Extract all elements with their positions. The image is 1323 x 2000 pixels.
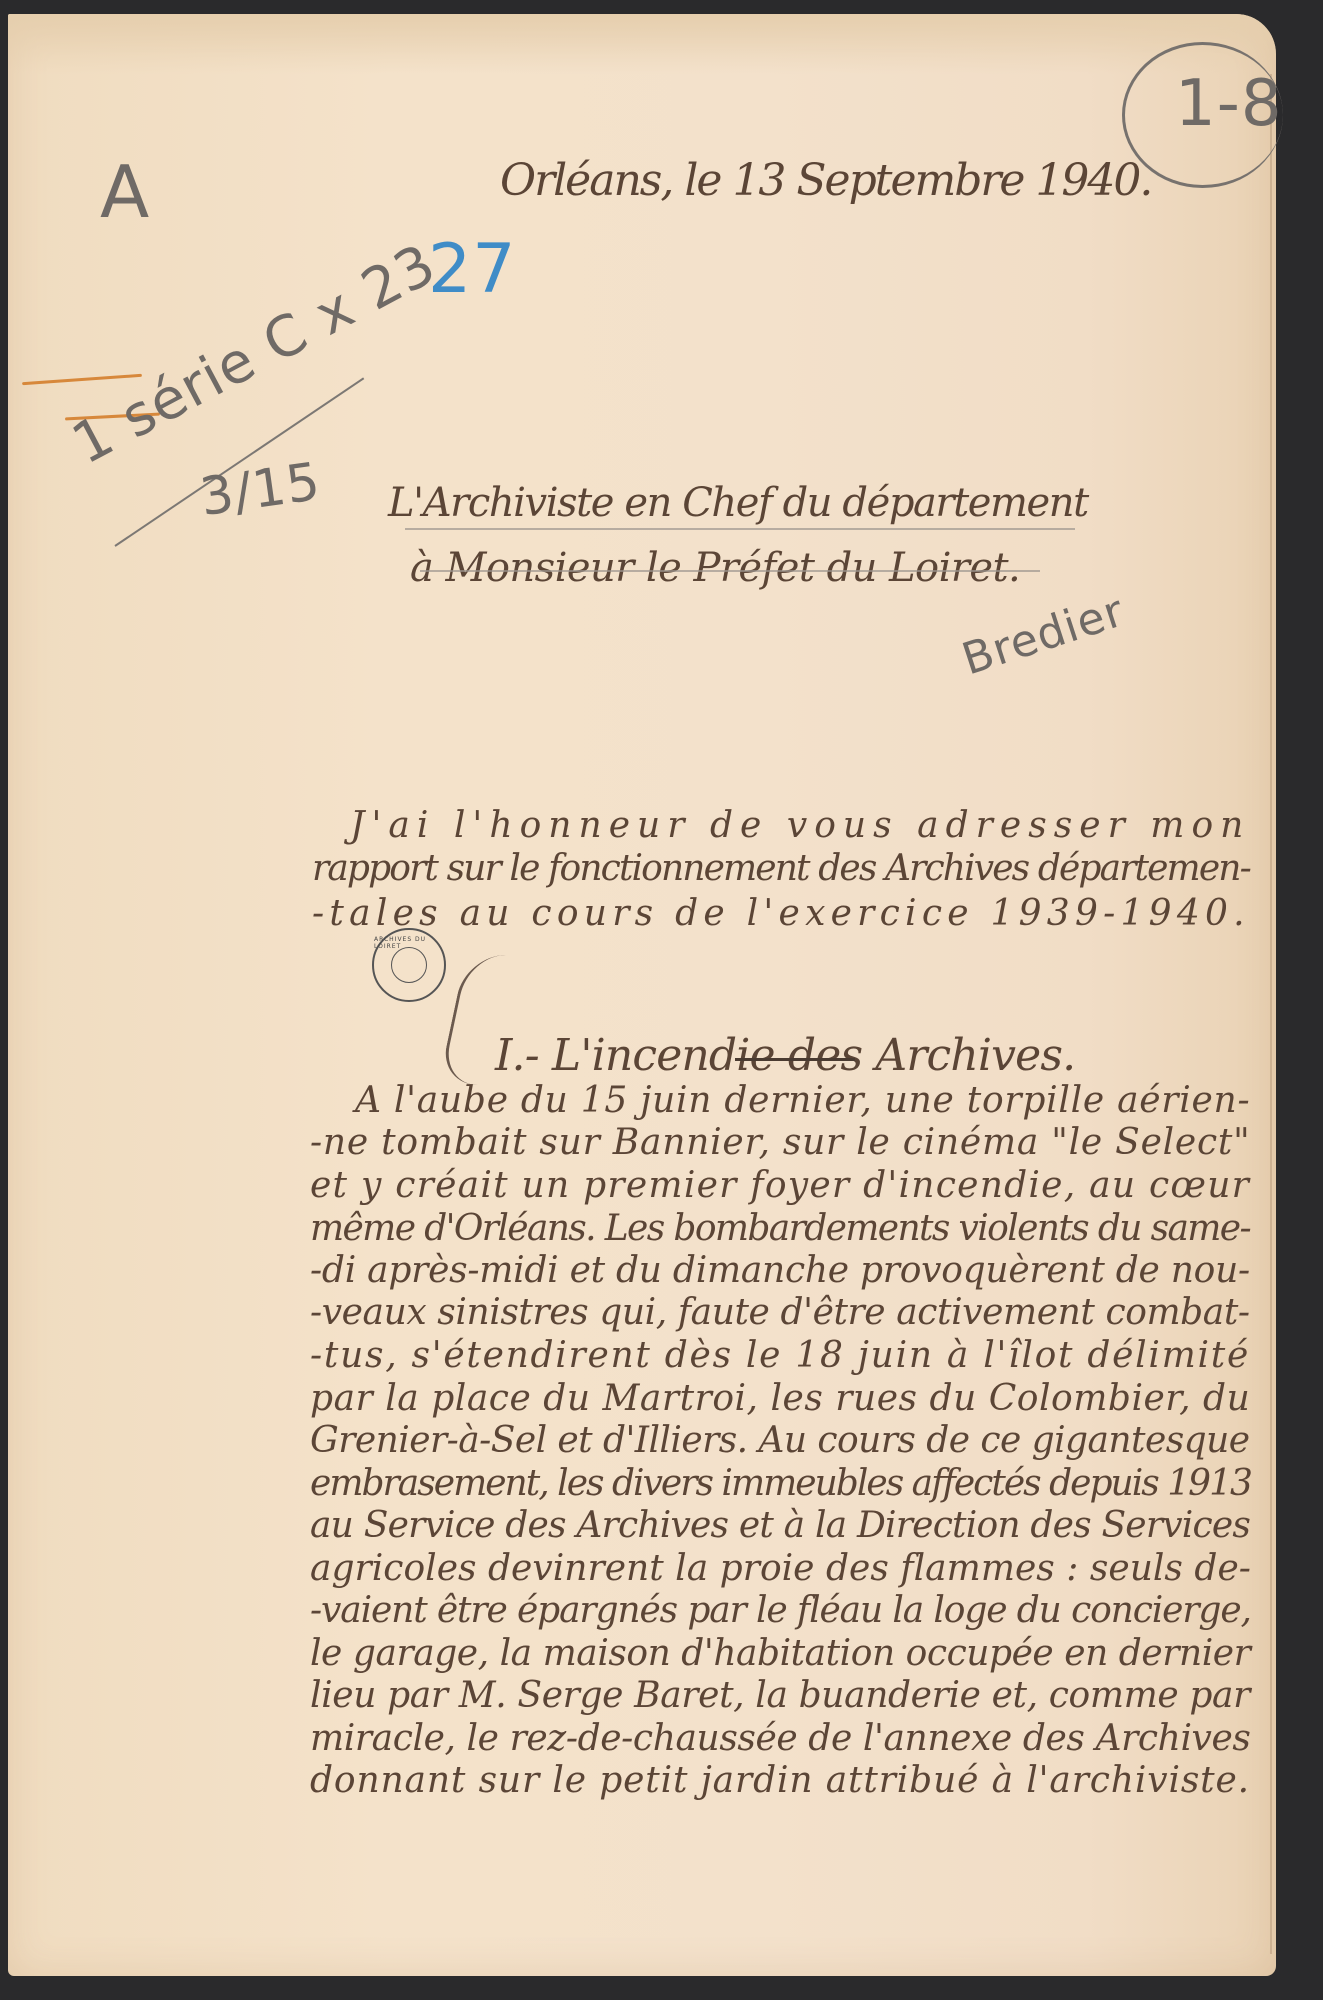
body-line: miracle, le rez-de-chaussée de l'annexe … xyxy=(310,1718,1250,1759)
margin-letter-mark: A xyxy=(100,150,150,234)
body-line: Grenier-à-Sel et d'Illiers. Au cours de … xyxy=(310,1420,1250,1461)
page-fold-line xyxy=(1270,74,1272,1954)
body-line: -ne tombait sur Bannier, sur le cinéma "… xyxy=(310,1122,1250,1163)
blue-pencil-number: 27 xyxy=(428,230,517,309)
body-line: au Service des Archives et à la Directio… xyxy=(310,1505,1250,1546)
body-line: -tus, s'étendirent dès le 18 juin à l'îl… xyxy=(310,1335,1250,1376)
body-line: donnant sur le petit jardin attribué à l… xyxy=(310,1760,1250,1801)
body-line: -vaient être épargnés par le fléau la lo… xyxy=(310,1590,1251,1631)
intro-line: -tales au cours de l'exercice 1939-1940. xyxy=(312,893,1250,934)
address-underline xyxy=(405,528,1075,530)
intro-line: J'ai l'honneur de vous adresser mon xyxy=(350,805,1250,846)
body-line: même d'Orléans. Les bombardements violen… xyxy=(310,1208,1250,1249)
body-line: le garage, la maison d'habitation occupé… xyxy=(310,1633,1250,1674)
body-line: et y créait un premier foyer d'incendie,… xyxy=(310,1165,1250,1206)
body-line: -veaux sinistres qui, faute d'être activ… xyxy=(310,1292,1250,1333)
body-line: lieu par M. Serge Baret, la buanderie et… xyxy=(310,1675,1250,1716)
address-underline xyxy=(420,570,1040,572)
section-title-underline xyxy=(735,1058,855,1061)
intro-line: rapport sur le fonctionnement des Archiv… xyxy=(312,848,1250,889)
body-line: par la place du Martroi, les rues du Col… xyxy=(310,1378,1250,1419)
address-line-sender: L'Archiviste en Chef du département xyxy=(388,480,1088,526)
folio-number: 1-8 xyxy=(1175,67,1283,141)
section-title: I.- L'incendie des Archives. xyxy=(495,1030,1075,1081)
body-line: agricoles devinrent la proie des flammes… xyxy=(310,1548,1251,1589)
body-line: A l'aube du 15 juin dernier, une torpill… xyxy=(355,1080,1250,1121)
address-line-recipient: à Monsieur le Préfet du Loiret. xyxy=(410,545,1020,591)
stamp-text: ARCHIVES DU LOIRET xyxy=(374,936,444,950)
archives-du-loiret-stamp: ARCHIVES DU LOIRET xyxy=(372,928,446,1002)
place-date: Orléans, le 13 Septembre 1940. xyxy=(500,155,1151,206)
body-line: embrasement, les divers immeubles affect… xyxy=(310,1463,1251,1504)
body-line: -di après-midi et du dimanche provoquère… xyxy=(310,1250,1250,1291)
